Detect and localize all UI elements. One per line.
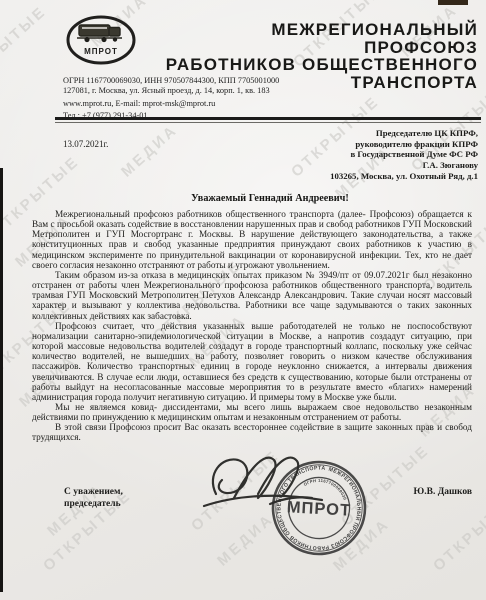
body-paragraph: Таким образом из-за отказа в медицинских… bbox=[32, 271, 472, 322]
watermark-text: ОТКРЫТЫЕ bbox=[430, 487, 486, 575]
addressee-line: Г.А. Зюганову bbox=[208, 160, 478, 171]
org-ogrn-line: ОГРН 1167700069030, ИНН 970507844300, КП… bbox=[63, 76, 279, 86]
body-paragraph: Мы не являемся ковид- диссидентами, мы в… bbox=[32, 403, 472, 423]
body-paragraph: Межрегиональный профсоюз работников обще… bbox=[32, 210, 472, 271]
org-title-line: РАБОТНИКОВ ОБЩЕСТВЕННОГО bbox=[158, 56, 478, 74]
closing-title: председатель bbox=[64, 498, 123, 510]
stamp-center-text: МПРОТ bbox=[286, 498, 351, 519]
closing-regards: С уважением, bbox=[64, 486, 123, 498]
watermark-text: ОТКРЫТЫЕ bbox=[0, 3, 50, 91]
addressee-line: руководителю фракции КПРФ bbox=[208, 139, 478, 150]
addressee-block: Председателю ЦК КПРФ, руководителю фракц… bbox=[208, 128, 478, 182]
org-web-line: www.mprot.ru, E-mail: mprot-msk@mprot.ru bbox=[63, 99, 279, 109]
scanned-letter-page: ОТКРЫТЫЕ МЕДИА ОТКРЫТЫЕ МЕДИА ОТКРЫТЫЕ М… bbox=[0, 0, 486, 600]
closing-block: С уважением, председатель bbox=[64, 486, 123, 510]
salutation: Уважаемый Геннадий Андреевич! bbox=[50, 193, 486, 204]
letter-body: Межрегиональный профсоюз работников обще… bbox=[32, 210, 472, 444]
logo-label: МПРОТ bbox=[84, 47, 118, 56]
org-details: ОГРН 1167700069030, ИНН 970507844300, КП… bbox=[63, 76, 279, 121]
org-address-line: 127081, г. Москва, ул. Ясный проезд, д. … bbox=[63, 86, 279, 96]
letter-date: 13.07.2021г. bbox=[63, 139, 108, 149]
body-paragraph: В этой связи Профсоюз просит Вас оказать… bbox=[32, 423, 472, 443]
photo-edge-strip bbox=[0, 168, 3, 592]
body-paragraph: Профсоюз считает, что действия указанных… bbox=[32, 322, 472, 403]
watermark-text: МЕДИА bbox=[118, 121, 181, 180]
photo-corner-background bbox=[438, 0, 468, 5]
addressee-address-line: 103265, Москва, ул. Охотный Ряд, д.1 bbox=[208, 171, 478, 182]
org-title-line: МЕЖРЕГИОНАЛЬНЫЙ ПРОФСОЮЗ bbox=[158, 21, 478, 56]
letterhead-divider bbox=[55, 117, 481, 120]
signer-name: Ю.В. Дашков bbox=[414, 487, 472, 497]
addressee-line: в Государственной Думе ФС РФ bbox=[208, 149, 478, 160]
union-logo-icon: МПРОТ bbox=[64, 14, 138, 68]
addressee-line: Председателю ЦК КПРФ, bbox=[208, 128, 478, 139]
